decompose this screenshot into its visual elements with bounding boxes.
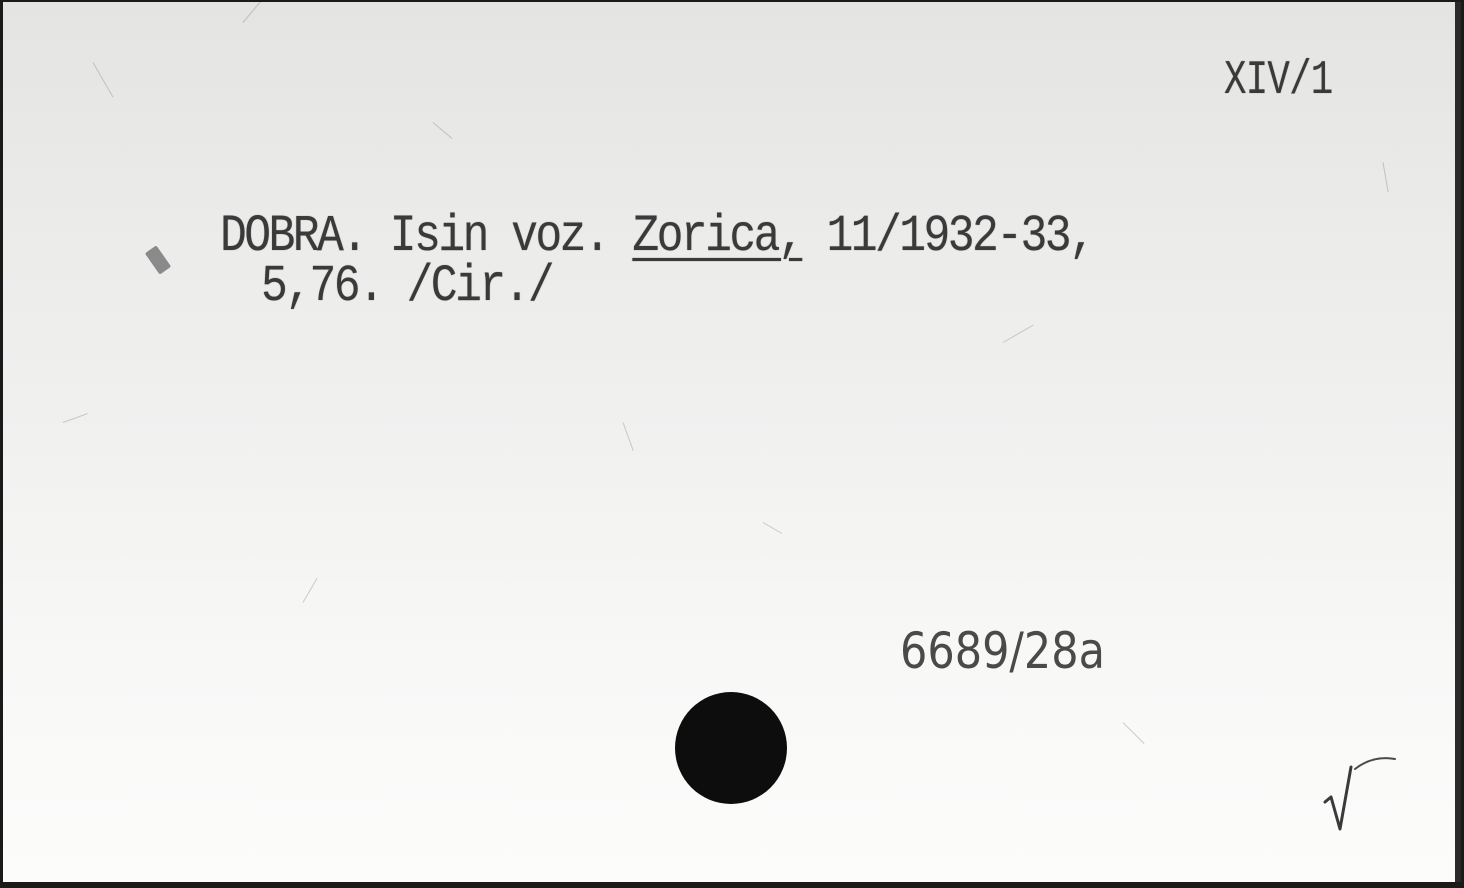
pages: 5,76. (261, 257, 382, 316)
catalog-card: XIV/1 DOBRA. Isin voz. Zorica, 11/1932-3… (3, 2, 1461, 882)
entry-line-2: 5,76. /Cir./ (261, 257, 552, 316)
periodical-title: Zorica, (632, 207, 802, 266)
check-mark-icon (1313, 747, 1433, 837)
accession-number: 6689/28a (900, 622, 1105, 680)
pencil-mark (145, 245, 171, 274)
call-number: XIV/1 (1224, 54, 1332, 108)
punch-hole (675, 692, 787, 804)
script-note: /Cir./ (407, 257, 553, 316)
volume-years: 11/1932-33, (826, 207, 1093, 266)
